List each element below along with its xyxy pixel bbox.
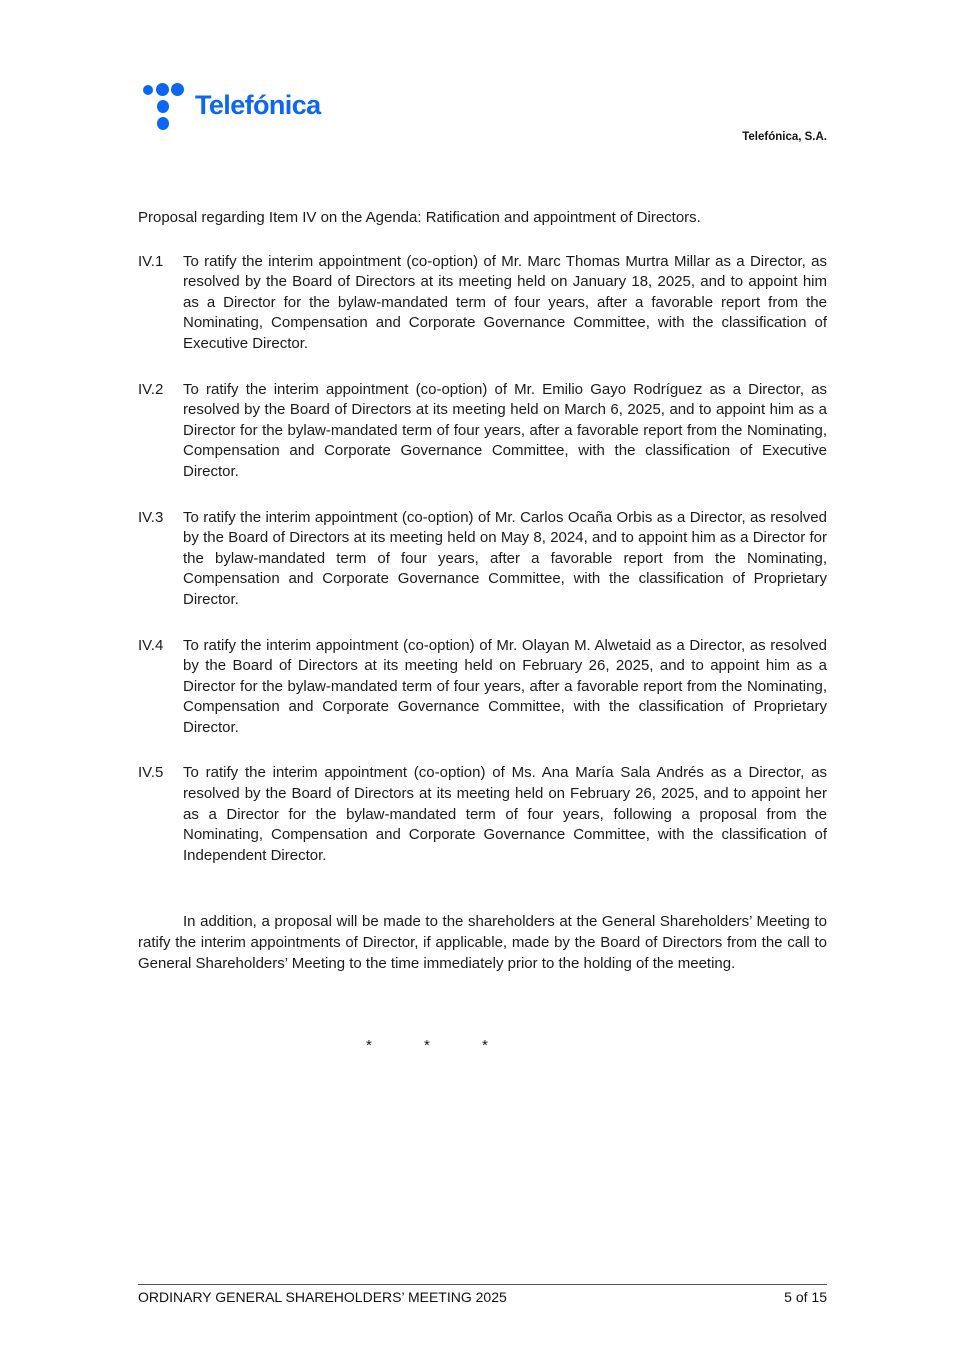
agenda-item-number: IV.4: [138, 636, 183, 739]
asterisk: *: [482, 1036, 540, 1057]
telefonica-logo-dot-icon: [156, 83, 169, 96]
footer-meeting-title: ORDINARY GENERAL SHAREHOLDERS’ MEETING 2…: [138, 1289, 507, 1305]
section-separator: ***: [138, 1036, 827, 1057]
agenda-item-iv4: IV.4 To ratify the interim appointment (…: [138, 636, 827, 739]
telefonica-logo: Telefónica: [142, 82, 342, 134]
document-title: Proposal regarding Item IV on the Agenda…: [138, 208, 827, 229]
agenda-item-number: IV.5: [138, 763, 183, 866]
agenda-item-text: To ratify the interim appointment (co-op…: [183, 252, 827, 355]
telefonica-logo-dot-icon: [157, 117, 169, 130]
agenda-item-iv1: IV.1 To ratify the interim appointment (…: [138, 252, 827, 355]
company-name-header: Telefónica, S.A.: [742, 131, 827, 143]
telefonica-logo-dot-icon: [171, 83, 184, 96]
page-footer: ORDINARY GENERAL SHAREHOLDERS’ MEETING 2…: [138, 1284, 827, 1305]
closing-paragraph: In addition, a proposal will be made to …: [138, 912, 827, 974]
agenda-item-text: To ratify the interim appointment (co-op…: [183, 636, 827, 739]
telefonica-logo-dot-icon: [143, 85, 153, 95]
agenda-item-text: To ratify the interim appointment (co-op…: [183, 508, 827, 611]
asterisk: *: [424, 1036, 482, 1057]
agenda-item-iv3: IV.3 To ratify the interim appointment (…: [138, 508, 827, 611]
agenda-item-number: IV.2: [138, 380, 183, 483]
footer-page-number: 5 of 15: [784, 1289, 827, 1305]
agenda-item-text: To ratify the interim appointment (co-op…: [183, 380, 827, 483]
agenda-item-text: To ratify the interim appointment (co-op…: [183, 763, 827, 866]
agenda-item-number: IV.1: [138, 252, 183, 355]
document-body: Proposal regarding Item IV on the Agenda…: [138, 208, 827, 1057]
asterisk: *: [366, 1036, 424, 1057]
telefonica-logo-dot-icon: [157, 100, 169, 113]
agenda-item-iv2: IV.2 To ratify the interim appointment (…: [138, 380, 827, 483]
telefonica-logo-wordmark: Telefónica: [195, 90, 321, 121]
agenda-item-number: IV.3: [138, 508, 183, 611]
agenda-item-iv5: IV.5 To ratify the interim appointment (…: [138, 763, 827, 866]
